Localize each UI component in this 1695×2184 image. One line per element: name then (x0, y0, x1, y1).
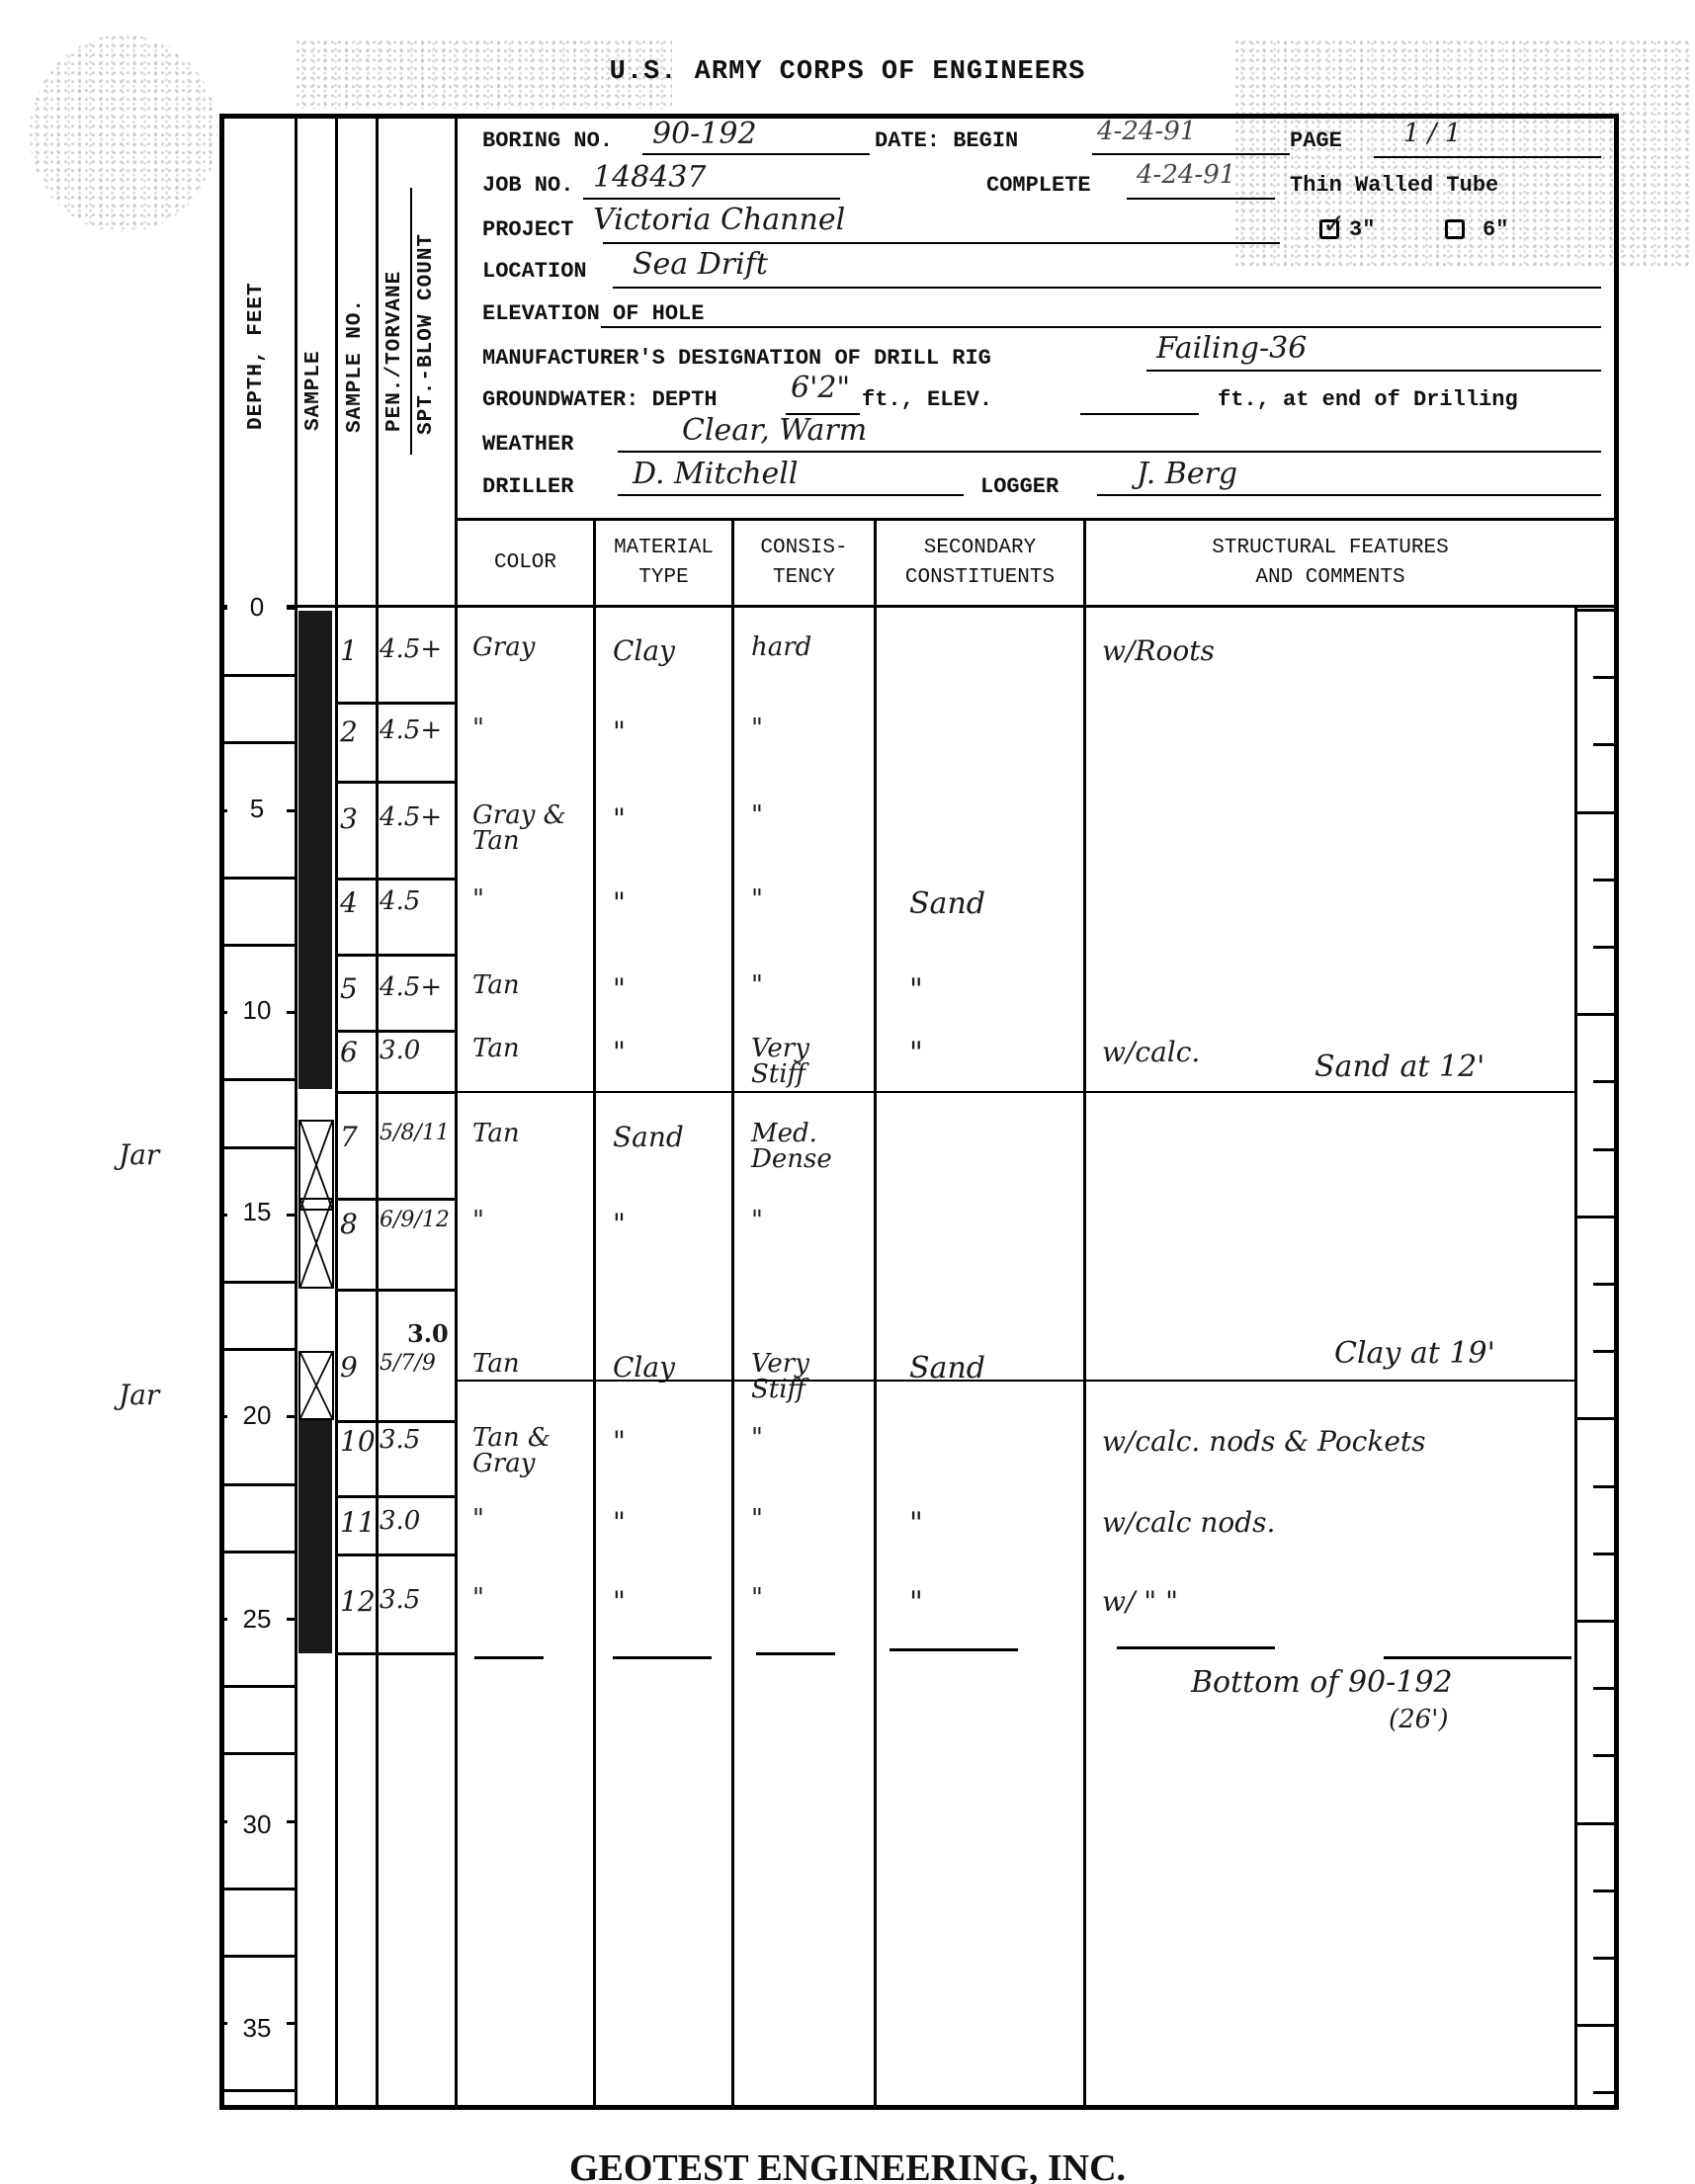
right-scale-tick (1577, 811, 1615, 814)
sample-color: Gray (472, 634, 586, 660)
logger-label: LOGGER (980, 474, 1059, 499)
job-no-label: JOB NO. (482, 173, 573, 198)
sample-interval-line (335, 954, 458, 957)
sample-secondary: " (909, 1506, 923, 1541)
right-scale-tick (1577, 2024, 1615, 2027)
sample-number: 2 (340, 715, 358, 748)
sample-color: " (472, 1506, 586, 1532)
sample-material: Sand (613, 1121, 684, 1153)
sample-shelby-tube-bar (298, 1420, 332, 1653)
margin-note-jar-2: Jar (119, 1379, 159, 1411)
right-scale-tick (1593, 1148, 1615, 1151)
header-divider (455, 518, 1619, 521)
sample-value: 4.5 (380, 886, 420, 916)
end-of-boring-mark (890, 1648, 1018, 1651)
check-mark-icon: ✓ (1322, 208, 1345, 240)
sample-material: " (613, 1506, 626, 1539)
depth-label-10: 10 (227, 995, 287, 1026)
sample-value: 5/8/11 (380, 1121, 450, 1145)
sample-color: " (472, 1585, 586, 1611)
color-header: COLOR (458, 548, 593, 578)
depth-label-20: 20 (227, 1400, 287, 1431)
sample-shelby-tube-bar (298, 611, 332, 1089)
sample-interval-line (335, 1091, 458, 1094)
divider (295, 114, 297, 2110)
driller-line (618, 494, 964, 496)
sample-number: 6 (340, 1036, 358, 1068)
sample-interval-line (335, 1030, 458, 1033)
sample-value: 4.5+ (380, 972, 442, 1002)
drill-rig-line (1146, 370, 1601, 372)
driller-label: DRILLER (482, 474, 573, 499)
sample-consistency: " (751, 1208, 865, 1233)
divider (376, 114, 379, 2110)
ft-elev-label: ft., ELEV. (862, 387, 992, 412)
sample-number: 4 (340, 886, 358, 919)
spt-blow-count-header: SPT.-BLOW COUNT (415, 212, 438, 455)
sample-color: " (472, 715, 586, 741)
sample-material: " (613, 972, 626, 1005)
sample-interval-line (335, 1652, 458, 1655)
job-no-line (583, 198, 840, 200)
depth-tick (221, 741, 295, 744)
right-scale-tick (1593, 1890, 1615, 1892)
weather-label: WEATHER (482, 432, 573, 457)
sample-material: " (613, 802, 626, 835)
right-scale-tick (1593, 2091, 1615, 2094)
sample-consistency: " (751, 972, 865, 998)
right-scale-tick (1593, 1080, 1615, 1083)
sample-color: Tan (472, 1351, 586, 1377)
annotation-bottom-depth: (26') (1389, 1705, 1449, 1734)
date-begin-value[interactable]: 4-24-91 (1097, 117, 1196, 146)
sample-comments: w/Roots (1102, 634, 1215, 667)
thin-walled-tube-label: Thin Walled Tube (1290, 173, 1498, 198)
right-scale-tick (1593, 1754, 1615, 1757)
location-label: LOCATION (482, 259, 587, 284)
sample-interval-line (335, 878, 458, 881)
project-line (603, 242, 1280, 244)
depth-tick (221, 1888, 295, 1890)
depth-tick (221, 1348, 295, 1351)
groundwater-elev-line[interactable] (1080, 413, 1199, 415)
sample-color: Tan (472, 1036, 586, 1061)
stratum-boundary-19ft (458, 1380, 1574, 1382)
depth-tick (221, 1955, 295, 1958)
groundwater-label: GROUNDWATER: DEPTH (482, 387, 718, 412)
sample-secondary: " (909, 1585, 923, 1620)
location-value[interactable]: Sea Drift (633, 247, 768, 282)
sample-interval-line (335, 1495, 458, 1498)
sample-no-header: SAMPLE NO. (344, 277, 367, 455)
sample-interval-line (335, 1420, 458, 1423)
sample-value: 4.5+ (380, 715, 442, 745)
sample-consistency: " (751, 1506, 865, 1532)
spt-sample-9-box (298, 1351, 334, 1420)
sample-consistency: Very Stiff (751, 1036, 865, 1087)
depth-tick (221, 2089, 295, 2092)
sample-material: " (613, 1208, 626, 1240)
sample-color: Tan & Gray (472, 1425, 586, 1476)
right-scale-tick (1593, 743, 1615, 746)
sample-value: 3.5 (380, 1425, 420, 1455)
page-line (1374, 156, 1601, 158)
divider (731, 518, 734, 2110)
end-of-drilling-label: ft., at end of Drilling (1218, 387, 1518, 412)
end-of-boring-mark (756, 1652, 835, 1655)
consistency-header: CONSIS-TENCY (734, 534, 874, 593)
right-scale-tick (1577, 1620, 1615, 1623)
annotation-bottom-of-boring: Bottom of 90-192 (1191, 1665, 1453, 1700)
drill-rig-label: MANUFACTURER'S DESIGNATION OF DRILL RIG (482, 346, 991, 371)
page-value[interactable]: 1 / 1 (1403, 119, 1461, 148)
right-scale-tick (1593, 1957, 1615, 1960)
right-scale-tick (1577, 1013, 1615, 1016)
end-of-boring-mark (613, 1656, 712, 1659)
date-begin-line (1092, 153, 1290, 155)
date-complete-value[interactable]: 4-24-91 (1137, 160, 1235, 190)
sample-secondary: " (909, 1036, 923, 1070)
spt-sample-8-box (298, 1198, 334, 1289)
sample-material: " (613, 1036, 626, 1068)
project-value[interactable]: Victoria Channel (593, 203, 845, 237)
right-scale-tick (1593, 1350, 1615, 1353)
sample-interval-line (335, 1198, 458, 1201)
sample-consistency: " (751, 886, 865, 912)
sample-value: 3.5 (380, 1585, 420, 1615)
job-no-value[interactable]: 148437 (593, 160, 707, 195)
sample-consistency: Very Stiff (751, 1351, 865, 1402)
divider (1574, 605, 1577, 2110)
sample-value-extra: 3.0 (407, 1319, 449, 1348)
tube-3in-label: 3" (1349, 217, 1375, 242)
divider (874, 518, 877, 2110)
date-complete-line (1127, 198, 1275, 200)
sample-comments: w/calc nods. (1102, 1506, 1275, 1539)
right-scale-tick (1593, 1485, 1615, 1488)
sample-material: " (613, 886, 626, 919)
page-label: PAGE (1290, 128, 1342, 153)
depth-label-0: 0 (227, 592, 287, 623)
boring-no-label: BORING NO. (482, 128, 613, 153)
sample-material: " (613, 1425, 626, 1458)
logger-value[interactable]: J. Berg (1137, 457, 1237, 491)
date-begin-label: DATE: BEGIN (875, 128, 1018, 153)
sample-color: Gray & Tan (472, 802, 586, 854)
divider (455, 114, 458, 2110)
depth-tick (221, 877, 295, 880)
sample-secondary: " (909, 972, 923, 1007)
sample-number: 9 (340, 1351, 358, 1384)
elevation-label: ELEVATION OF HOLE (482, 301, 704, 326)
material-type-header: MATERIALTYPE (596, 534, 731, 593)
sample-value: 4.5+ (380, 802, 442, 832)
stratum-boundary-12ft (458, 1091, 1574, 1093)
sample-value: 5/7/9 (380, 1351, 436, 1376)
annotation-clay-at-19: Clay at 19' (1334, 1336, 1495, 1371)
right-scale-tick (1577, 1216, 1615, 1218)
sample-consistency: " (751, 1425, 865, 1451)
sample-consistency: " (751, 1585, 865, 1611)
groundwater-depth-value[interactable]: 6'2" (791, 371, 850, 405)
sample-number: 11 (340, 1506, 376, 1539)
depth-label-35: 35 (227, 2013, 287, 2044)
right-scale-tick (1593, 676, 1615, 679)
boring-no-value[interactable]: 90-192 (652, 117, 757, 151)
right-scale-tick (1593, 1553, 1615, 1555)
sample-number: 8 (340, 1208, 358, 1240)
depth-feet-header: DEPTH, FEET (245, 257, 268, 455)
company-footer: GEOTEST ENGINEERING, INC. (0, 2146, 1695, 2184)
sample-interval-line (335, 1289, 458, 1292)
structural-features-header: STRUCTURAL FEATURESAND COMMENTS (1086, 534, 1574, 593)
weather-value[interactable]: Clear, Warm (682, 413, 867, 448)
weather-line (618, 451, 1601, 453)
right-scale-tick (1593, 1283, 1615, 1286)
sample-interval-line (335, 781, 458, 784)
depth-label-5: 5 (227, 794, 287, 824)
sample-color: Tan (472, 1121, 586, 1146)
sample-number: 5 (340, 972, 358, 1005)
divider (1083, 518, 1086, 2110)
right-scale-tick (1577, 1417, 1615, 1420)
depth-label-30: 30 (227, 1809, 287, 1840)
depth-tick (221, 674, 295, 677)
sample-consistency: hard (751, 634, 865, 660)
sample-value: 3.0 (380, 1506, 420, 1536)
margin-note-jar-1: Jar (119, 1138, 159, 1171)
depth-tick (221, 1078, 295, 1081)
driller-value[interactable]: D. Mitchell (633, 457, 799, 491)
complete-label: COMPLETE (986, 173, 1091, 198)
sample-interval-line (335, 1554, 458, 1556)
tube-6in-label: 6" (1483, 217, 1508, 242)
sample-number: 10 (340, 1425, 376, 1458)
end-of-boring-mark (1384, 1656, 1571, 1659)
sample-number: 7 (340, 1121, 358, 1153)
right-scale-tick (1577, 609, 1615, 612)
end-of-boring-mark (1117, 1646, 1275, 1649)
sample-consistency: " (751, 715, 865, 741)
depth-tick (221, 1146, 295, 1149)
sample-number: 3 (340, 802, 358, 835)
sample-value: 3.0 (380, 1036, 420, 1065)
sample-number: 1 (340, 634, 358, 667)
sample-material: Clay (613, 634, 675, 667)
sample-number: 12 (340, 1585, 376, 1618)
depth-tick (221, 1685, 295, 1688)
end-of-boring-mark (474, 1656, 544, 1659)
right-scale-tick (1593, 1687, 1615, 1690)
elevation-line[interactable] (601, 326, 1601, 328)
depth-label-25: 25 (227, 1604, 287, 1635)
sample-comments: w/calc. nods & Pockets (1102, 1425, 1426, 1458)
depth-tick (221, 944, 295, 947)
sample-interval-line (335, 702, 458, 705)
sample-consistency: " (751, 802, 865, 828)
depth-tick (221, 1483, 295, 1486)
secondary-constituents-header: SECONDARYCONSTITUENTS (877, 534, 1083, 593)
divider (593, 518, 596, 2110)
divider (335, 114, 338, 2110)
depth-tick (221, 1551, 295, 1554)
depth-tick (221, 1752, 295, 1755)
drill-rig-value[interactable]: Failing-36 (1156, 331, 1307, 366)
sample-color: " (472, 886, 586, 912)
right-scale-tick (1577, 1822, 1615, 1825)
sample-comments: w/calc. (1102, 1036, 1200, 1068)
right-scale-tick (1593, 879, 1615, 882)
sample-material: " (613, 1585, 626, 1618)
pen-spt-divider (410, 188, 412, 455)
sample-value: 4.5+ (380, 634, 442, 664)
sample-material: " (613, 715, 626, 748)
pen-torvane-header: PEN./TORVANE (383, 247, 406, 455)
sample-comments: w/ " " (1102, 1585, 1178, 1618)
project-label: PROJECT (482, 217, 573, 242)
column-header-divider (219, 605, 1619, 608)
boring-no-line (642, 153, 870, 155)
location-line (613, 287, 1601, 289)
sample-color: " (472, 1208, 586, 1233)
agency-title: U.S. ARMY CORPS OF ENGINEERS (0, 57, 1695, 87)
logger-line (1097, 494, 1601, 496)
sample-value: 6/9/12 (380, 1208, 450, 1232)
sample-color: Tan (472, 972, 586, 998)
annotation-sand-at-12: Sand at 12' (1314, 1050, 1484, 1084)
depth-label-15: 15 (227, 1197, 287, 1227)
depth-tick (221, 1281, 295, 1284)
right-scale-tick (1593, 946, 1615, 949)
sample-secondary: Sand (909, 886, 985, 921)
sample-header: SAMPLE (302, 326, 325, 455)
tube-6in-checkbox[interactable] (1445, 219, 1465, 239)
sample-consistency: Med. Dense (751, 1121, 865, 1172)
